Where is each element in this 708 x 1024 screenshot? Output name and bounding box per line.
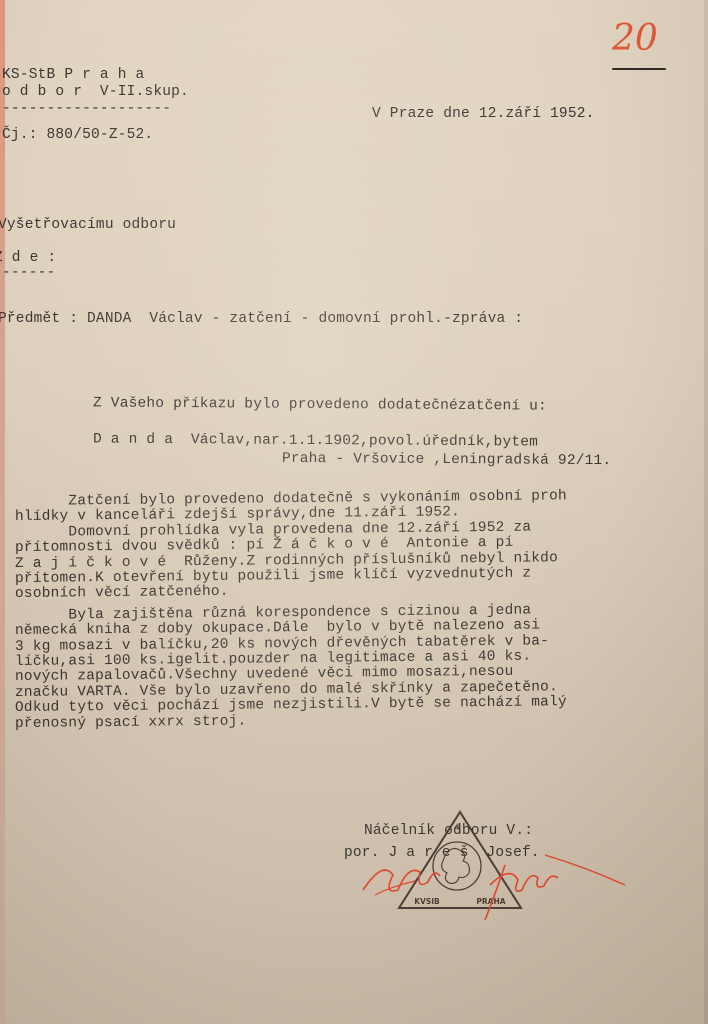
org-city: P r a h a <box>64 67 144 83</box>
body-line: osobních věcí zatčeného. <box>15 584 229 602</box>
recipient-line: Vyšetřovacímu odboru <box>0 217 176 233</box>
body-line: přenosný psací xxrx stroj. <box>15 713 247 731</box>
place-date: V Praze dne 12.září 1952. <box>372 106 595 122</box>
org-abbrev: KS-StB <box>2 67 55 83</box>
folio-number-text: 20 <box>612 18 658 59</box>
page-edge-left <box>0 0 5 1024</box>
letterhead-department: o d b o r V-II.skup. <box>2 84 189 100</box>
body-intro: Z Vašeho příkazu bylo provedeno dodatečn… <box>93 395 547 414</box>
subject-line: Předmět : DANDA Václav - zatčení - domov… <box>0 311 523 327</box>
folio-underline <box>612 68 666 70</box>
reference-number: Čj.: 880/50-Z-52. <box>2 127 153 143</box>
letterhead-divider: ------------------- <box>2 101 171 117</box>
recipient-divider: ------ <box>2 265 55 281</box>
person-line-1: D a n d a Václav,nar.1.1.1902,povol.úřed… <box>93 431 538 450</box>
letterhead-org: KS-StB P r a h a <box>2 67 144 83</box>
stamp-number: 4 <box>454 823 460 833</box>
page-edge-right <box>704 0 708 1024</box>
person-line-2: Praha - Vršovice ,Leningradská 92/11. <box>282 451 611 469</box>
recipient-location: Z d e : <box>0 250 56 266</box>
handwritten-signature <box>355 835 635 925</box>
